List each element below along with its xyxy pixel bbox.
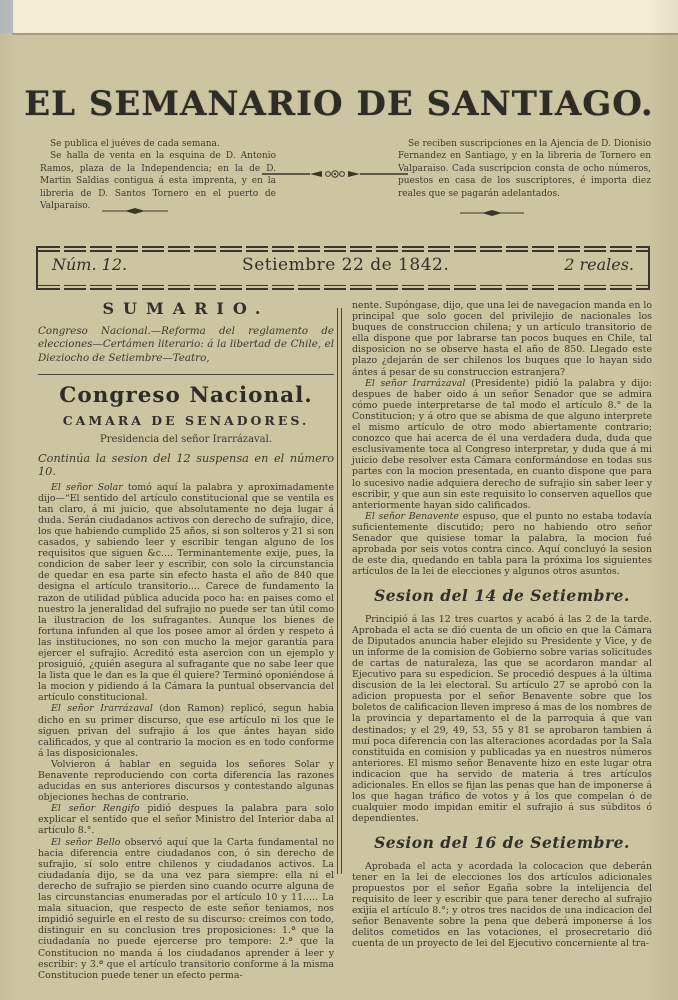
presidency-line: Presidencia del señor Irarrázaval. xyxy=(38,434,334,446)
paragraph-solar: El señor Solar tomó aquí la palabra y ap… xyxy=(38,482,334,704)
speaker-lead: El señor Solar xyxy=(51,482,123,493)
publication-notice-line1: Se publica el juéves de cada semana. xyxy=(40,138,276,150)
camara-subheading: CAMARA DE SENADORES. xyxy=(38,414,334,429)
publication-notice: Se publica el juéves de cada semana. Se … xyxy=(40,138,276,212)
speaker-lead: El señor Irarrázaval xyxy=(365,378,465,389)
sumario-text: Congreso Nacional.—Reforma del reglament… xyxy=(38,325,334,365)
frame-line xyxy=(38,285,648,287)
publication-notice-line2: Se halla de venta en la esquina de D. An… xyxy=(40,150,276,212)
newspaper-page: EL SEMANARIO DE SANTIAGO. Se publica el … xyxy=(0,0,678,1000)
paragraph-volvieron: Volvieron á hablar en seguida los señore… xyxy=(38,759,334,803)
issue-bar: Núm. 12. Setiembre 22 de 1842. 2 reales. xyxy=(36,246,650,290)
header-ornament-icon xyxy=(262,167,408,181)
paragraph-irarrazaval: El señor Irarrázaval (don Ramon) replicó… xyxy=(38,703,334,758)
sumario-heading: SUMARIO. xyxy=(38,300,334,319)
section-rule xyxy=(38,374,334,375)
frame-line xyxy=(38,250,648,252)
session-16-paragraph: Aprobada el acta y acordada la colocacio… xyxy=(352,861,652,950)
frame-line xyxy=(38,288,648,290)
masthead-title: EL SEMANARIO DE SANTIAGO. xyxy=(0,84,678,124)
speaker-lead: El señor Irarrázaval xyxy=(51,703,153,714)
frame-line xyxy=(38,246,648,248)
session-14-paragraph: Principió á las 12 tres cuartos y acabó … xyxy=(352,614,652,825)
left-column: SUMARIO. Congreso Nacional.—Reforma del … xyxy=(38,300,334,981)
session-16-heading: Sesion del 16 de Setiembre. xyxy=(352,834,652,852)
paragraph-rengifo: El señor Rengifo pidió despues la palabr… xyxy=(38,803,334,836)
issue-price: 2 reales. xyxy=(564,255,634,274)
paragraph-irarrazaval-presidente: El señor Irarrázaval (Presidente) pidió … xyxy=(352,378,652,511)
paragraph-continued: nente. Supóngase, dijo, que una lei de n… xyxy=(352,300,652,378)
continuation-line: Continúa la sesion del 12 suspensa en el… xyxy=(38,452,334,479)
congreso-heading: Congreso Nacional. xyxy=(38,383,334,408)
speaker-lead: El señor Rengifo xyxy=(51,803,140,814)
column-divider xyxy=(337,308,342,874)
paragraph-bello: El señor Bello observó aquí que la Carta… xyxy=(38,837,334,981)
scan-corner xyxy=(0,0,13,33)
subscription-notice: Se reciben suscripciones en la Ajencia d… xyxy=(398,138,651,200)
speaker-lead: El señor Benavente xyxy=(365,511,459,522)
issue-date: Setiembre 22 de 1842. xyxy=(242,255,449,275)
divider-right-icon xyxy=(460,209,524,217)
scan-top-edge xyxy=(12,0,678,35)
paragraph-benavente: El señor Benavente espuso, que el punto … xyxy=(352,511,652,578)
subscription-notice-text: Se reciben suscripciones en la Ajencia d… xyxy=(398,138,651,200)
speaker-lead: El señor Bello xyxy=(51,837,120,848)
right-column: nente. Supóngase, dijo, que una lei de n… xyxy=(352,300,652,949)
issue-number: Núm. 12. xyxy=(52,255,127,274)
session-14-heading: Sesion del 14 de Setiembre. xyxy=(352,587,652,605)
divider-left-icon xyxy=(102,207,168,215)
